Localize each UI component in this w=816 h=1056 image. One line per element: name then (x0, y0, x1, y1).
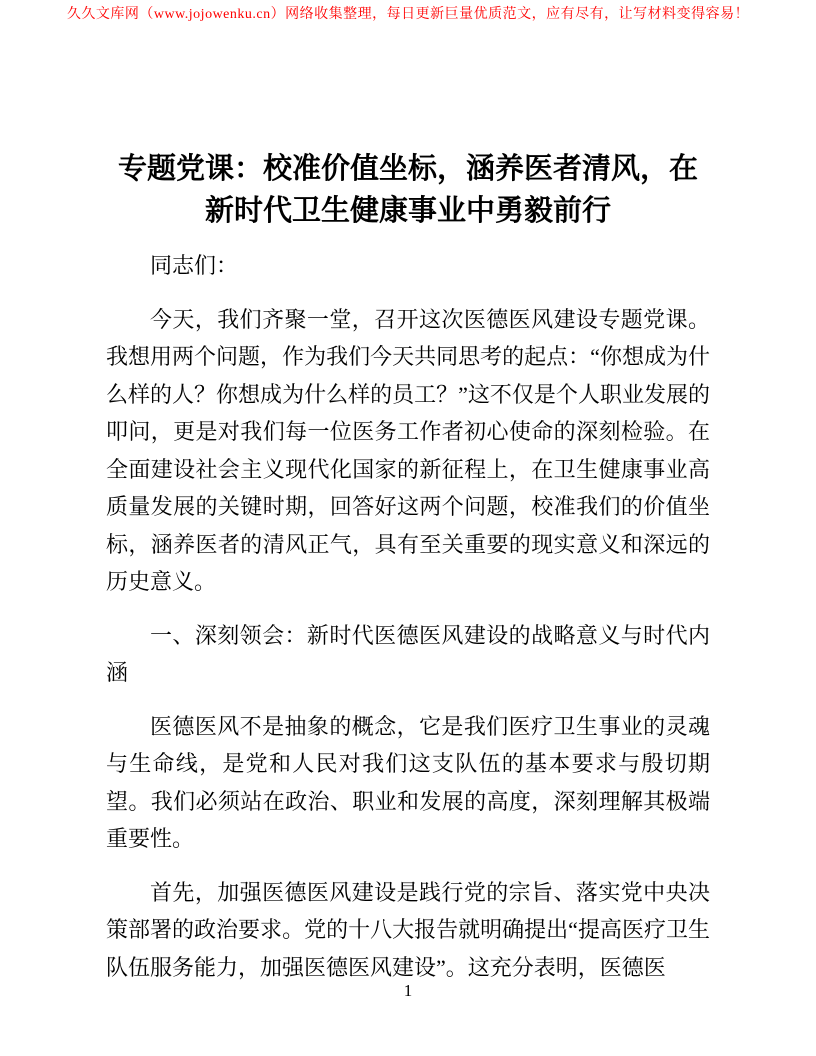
section-heading: 一、深刻领会：新时代医德医风建设的战略意义与时代内涵 (106, 617, 710, 692)
document-title: 专题党课：校准价值坐标，涵养医者清风，在新时代卫生健康事业中勇毅前行 (106, 148, 710, 232)
document-body: 专题党课：校准价值坐标，涵养医者清风，在新时代卫生健康事业中勇毅前行 同志们： … (106, 148, 710, 986)
body-paragraph: 医德医风不是抽象的概念，它是我们医疗卫生事业的灵魂与生命线，是党和人民对我们这支… (106, 708, 710, 858)
body-paragraph: 首先，加强医德医风建设是践行党的宗旨、落实党中央决策部署的政治要求。党的十八大报… (106, 874, 710, 987)
watermark-header: 久久文库网（www.jojowenku.cn）网络收集整理，每日更新巨量优质范文… (0, 6, 816, 24)
page-number: 1 (0, 981, 816, 1001)
intro-paragraph: 今天，我们齐聚一堂，召开这次医德医风建设专题党课。我想用两个问题，作为我们今天共… (106, 301, 710, 601)
salutation-paragraph: 同志们： (106, 247, 710, 285)
document-page: 久久文库网（www.jojowenku.cn）网络收集整理，每日更新巨量优质范文… (0, 0, 816, 1056)
